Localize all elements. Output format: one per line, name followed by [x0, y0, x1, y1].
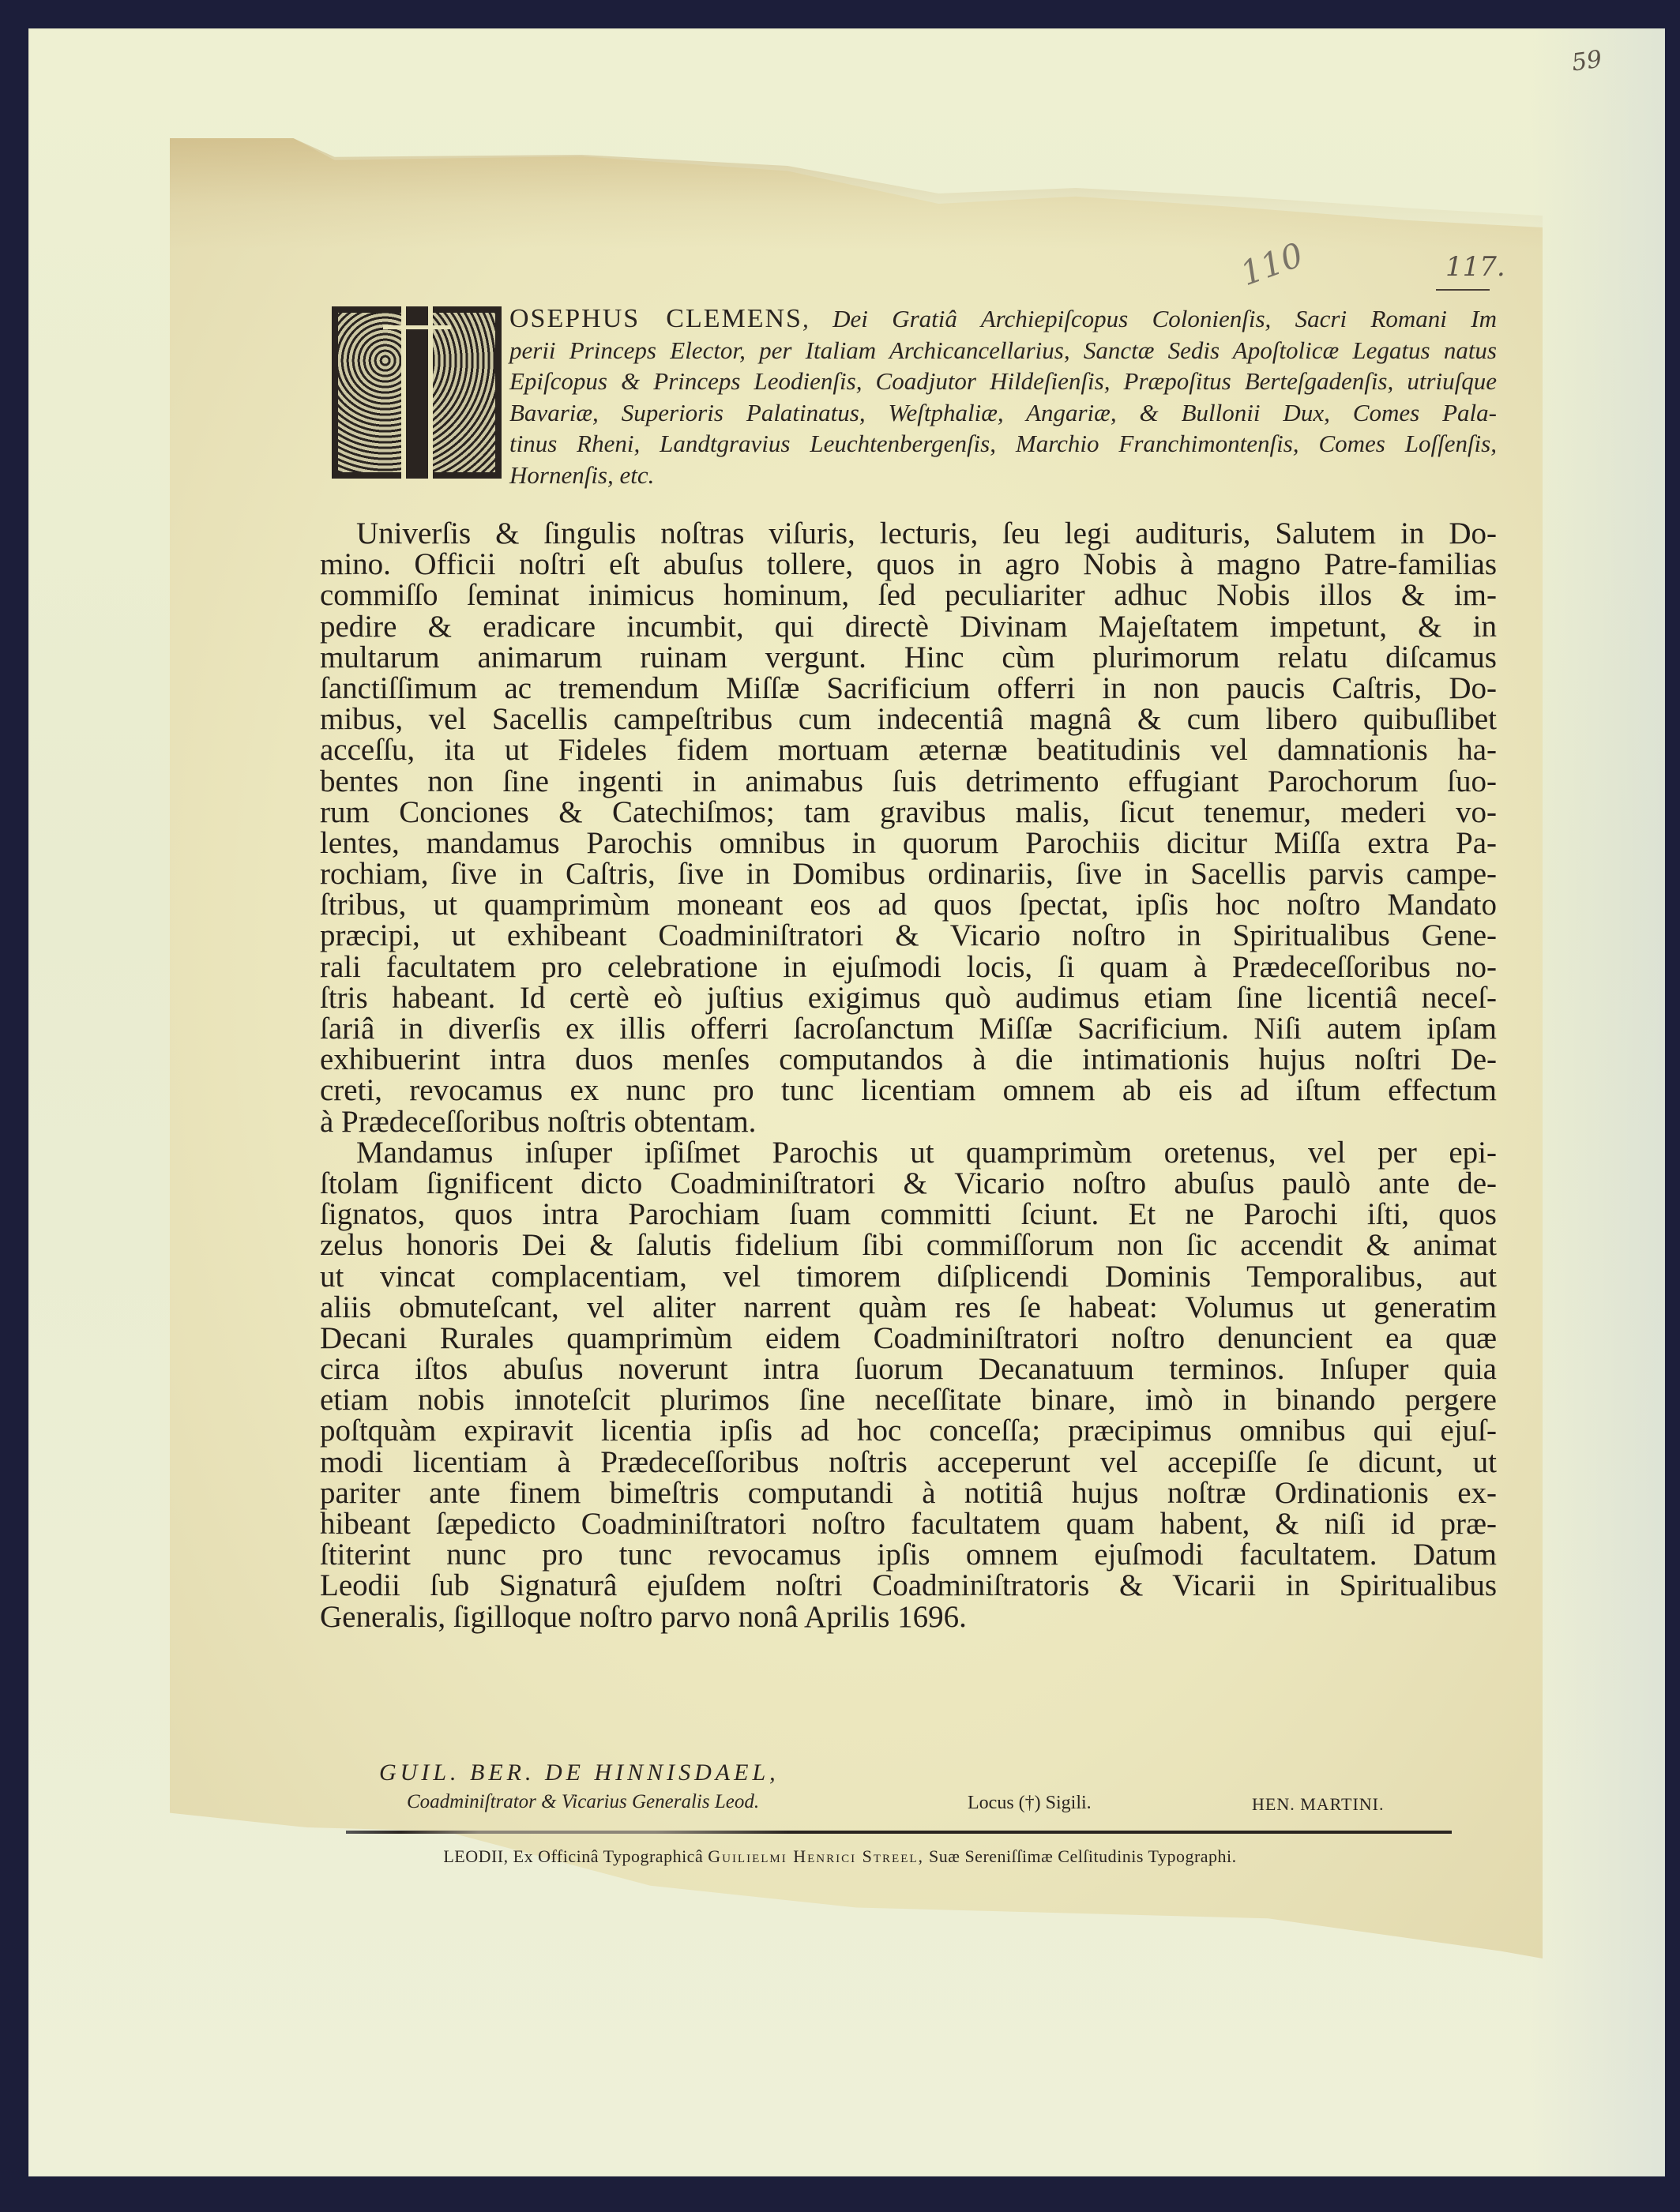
- imprint-suffix: Suæ Sereniſſimæ Celſitudinis Typographi.: [929, 1846, 1237, 1866]
- body-line: mino. Officii noſtri eſt abuſus tollere,…: [320, 549, 1497, 580]
- annotation-underline: [1436, 289, 1490, 291]
- body-line: rali facultatem pro celebratione in ejuſ…: [320, 952, 1497, 982]
- body-line: ſtolam ſignificent dicto Coadminiſtrator…: [320, 1168, 1497, 1199]
- handwritten-annotation-right: 117.: [1445, 251, 1505, 283]
- body-line: ut vincat complacentiam, vel timorem diſ…: [320, 1261, 1497, 1292]
- imprint-rule: [346, 1831, 1452, 1834]
- body-line: ſtribus, ut quamprimùm moneant eos ad qu…: [320, 889, 1497, 920]
- body-line: exhibuerint intra duos menſes computando…: [320, 1044, 1497, 1075]
- title-line: Hornenſis, etc.: [509, 460, 1497, 491]
- date-line: Generalis, ſigilloque noſtro parvo nonâ …: [320, 1602, 1497, 1632]
- body-line: Univerſis & ſingulis noſtras viſuris, le…: [320, 518, 1497, 549]
- body-line: ſtiterint nunc pro tunc revocamus ipſis …: [320, 1539, 1497, 1570]
- body-line: ſariâ in diverſis ex illis offerri ſacro…: [320, 1013, 1497, 1044]
- body-line: ſanctiſſimum ac tremendum Miſſæ Sacrific…: [320, 673, 1497, 704]
- title-block: OSEPHUS CLEMENS, Dei Gratiâ Archiepiſcop…: [509, 303, 1497, 490]
- body-line: multarum animarum ruinam vergunt. Hinc c…: [320, 642, 1497, 673]
- body-line: Leodii ſub Signaturâ ejuſdem noſtri Coad…: [320, 1570, 1497, 1601]
- body-line: bentes non ſine ingenti in animabus ſuis…: [320, 766, 1497, 797]
- body-line: commiſſo ſeminat inimicus hominum, ſed p…: [320, 580, 1497, 610]
- body-line: circa iſtos abuſus noverunt intra ſuorum…: [320, 1354, 1497, 1384]
- title-line: Bavariæ, Superioris Palatinatus, Weſtpha…: [509, 397, 1497, 429]
- body-line: ſignatos, quos intra Parochiam ſuam comm…: [320, 1199, 1497, 1230]
- title-line: tinus Rheni, Landtgravius Leuchtenbergen…: [509, 428, 1497, 460]
- body-line: creti, revocamus ex nunc pro tunc licent…: [320, 1075, 1497, 1106]
- imprint-place: LEODII,: [443, 1846, 508, 1866]
- title-line: Epiſcopus & Princeps Leodienſis, Coadjut…: [509, 366, 1497, 397]
- initial-letter-bar: [383, 325, 451, 329]
- body-line: Mandamus inſuper ipſiſmet Parochis ut qu…: [320, 1137, 1497, 1168]
- body-line: rochiam, ſive in Caſtris, ſive in Domibu…: [320, 858, 1497, 889]
- body-line: acceſſu, ita ut Fideles fidem mortuam æt…: [320, 734, 1497, 765]
- body-line: pedire & eradicare incumbit, qui directè…: [320, 611, 1497, 642]
- body-line: zelus honoris Dei & ſalutis fidelium ſib…: [320, 1230, 1497, 1260]
- body-line: modi licentiam à Prædeceſſoribus noſtris…: [320, 1447, 1497, 1478]
- signatory-name: GUIL. BER. DE HINNISDAEL,: [379, 1759, 780, 1786]
- body-line: præcipi, ut exhibeant Coadminiſtratori &…: [320, 920, 1497, 951]
- seal-place: Locus (†) Sigili.: [968, 1793, 1092, 1814]
- body-line: aliis obmuteſcant, vel aliter narrent qu…: [320, 1292, 1497, 1323]
- body-line: pariter ante finem bimeſtris computandi …: [320, 1478, 1497, 1508]
- body-line: à Prædeceſſoribus noſtris obtentam.: [320, 1106, 1497, 1137]
- title-line: OSEPHUS CLEMENS, Dei Gratiâ Archiepiſcop…: [509, 303, 1497, 335]
- initial-letter-stem: [401, 306, 433, 479]
- printer-name: Guilielmi Henrici Streel,: [708, 1846, 924, 1866]
- body-line: poſtquàm expiravit licentia ipſis ad hoc…: [320, 1415, 1497, 1446]
- body-line: Decani Rurales quamprimùm eidem Coadmini…: [320, 1323, 1497, 1354]
- body-line: mibus, vel Sacellis campeſtribus cum ind…: [320, 704, 1497, 734]
- decorated-initial-icon: [332, 306, 502, 479]
- body-line: rum Conciones & Catechiſmos; tam gravibu…: [320, 797, 1497, 828]
- title-line: perii Princeps Elector, per Italiam Arch…: [509, 335, 1497, 366]
- issuer-name: OSEPHUS CLEMENS: [509, 304, 802, 333]
- body-line: etiam nobis innoteſcit plurimos ſine nec…: [320, 1384, 1497, 1415]
- imprint-text: Ex Officinâ Typographicâ: [513, 1846, 704, 1866]
- printer-imprint: LEODII, Ex Officinâ Typographicâ Guiliel…: [0, 1846, 1680, 1867]
- secretary-name: HEN. MARTINI.: [1252, 1794, 1385, 1815]
- body-line: hibeant ſæpedicto Coadminiſtratori noſtr…: [320, 1508, 1497, 1539]
- folio-number: 59: [1570, 46, 1604, 77]
- signatory-title: Coadminiſtrator & Vicarius Generalis Leo…: [407, 1791, 759, 1813]
- decree-body: Univerſis & ſingulis noſtras viſuris, le…: [320, 518, 1497, 1632]
- body-line: lentes, mandamus Parochis omnibus in quo…: [320, 828, 1497, 858]
- body-line: ſtris habeant. Id certè eò juſtius exigi…: [320, 982, 1497, 1013]
